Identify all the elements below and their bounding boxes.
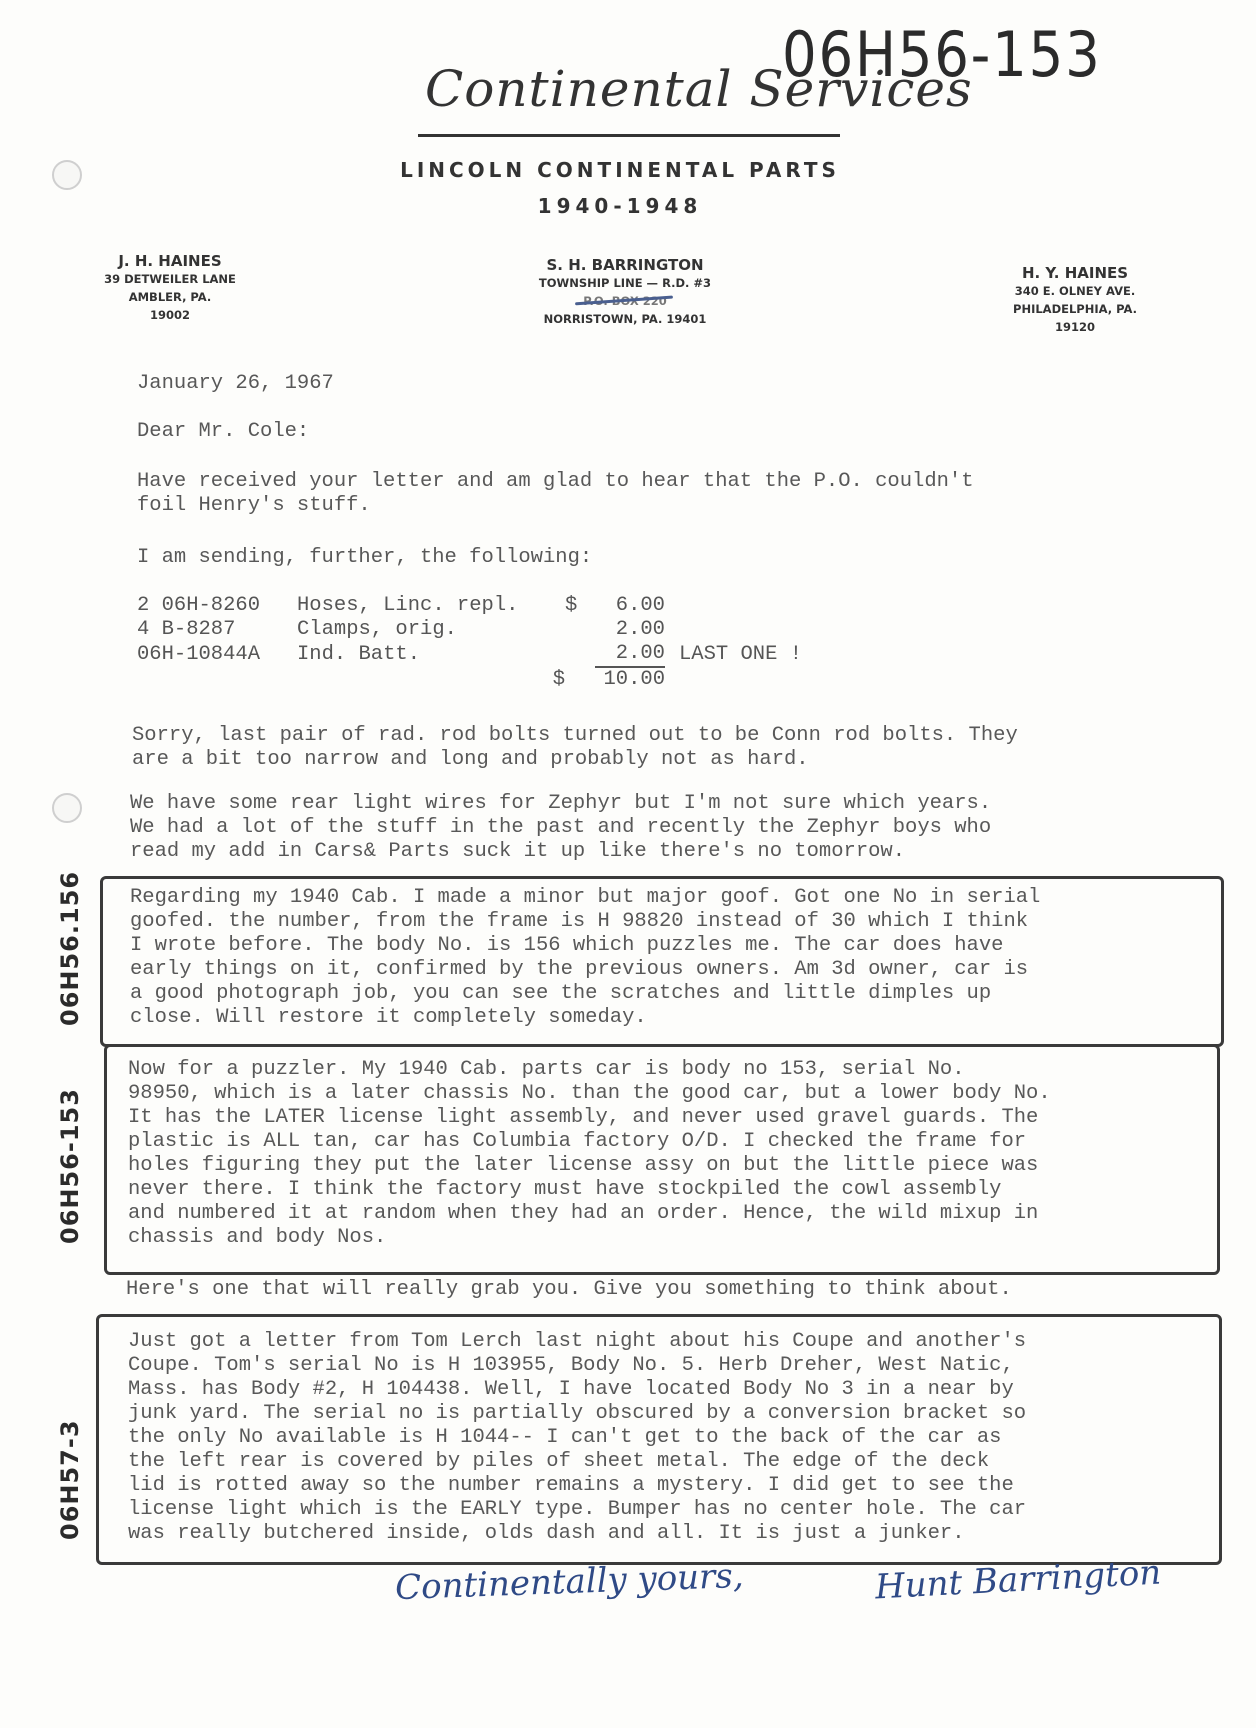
side-label-153: 06H56-153 — [56, 1088, 84, 1244]
table-row: 06H-10844A Ind. Batt. 2.00 LAST ONE ! — [137, 642, 802, 667]
address-name: J. H. HAINES — [80, 252, 260, 270]
paragraph-tom-lerch: Just got a letter from Tom Lerch last ni… — [128, 1330, 1026, 1546]
address-line: NORRISTOWN, PA. 19401 — [500, 310, 750, 328]
address-line: 39 DETWEILER LANE — [80, 270, 260, 288]
file-number: 06H56-153 — [782, 18, 1102, 91]
paragraph-cab-goof: Regarding my 1940 Cab. I made a minor bu… — [130, 886, 1040, 1030]
paragraph-sending: I am sending, further, the following: — [137, 546, 592, 570]
paragraph-zephyr: We have some rear light wires for Zephyr… — [130, 792, 991, 864]
tagline: LINCOLN CONTINENTAL PARTS — [380, 158, 860, 182]
total-amount: 10.00 — [595, 667, 665, 692]
logo-underline — [418, 134, 840, 137]
address-name: S. H. BARRINGTON — [500, 256, 750, 274]
address-line: PHILADELPHIA, PA. — [990, 300, 1160, 318]
address-line: 340 E. OLNEY AVE. — [990, 282, 1160, 300]
address-haines-hy: H. Y. HAINES 340 E. OLNEY AVE. PHILADELP… — [990, 264, 1160, 336]
parts-list: 2 06H-8260 Hoses, Linc. repl. $ 6.00 4 B… — [137, 594, 802, 692]
address-line: 19120 — [990, 318, 1160, 336]
struck-address-line: P.O. BOX 220 — [583, 292, 667, 310]
years: 1940-1948 — [480, 194, 760, 218]
address-barrington: S. H. BARRINGTON TOWNSHIP LINE — R.D. #3… — [500, 256, 750, 328]
address-haines-jh: J. H. HAINES 39 DETWEILER LANE AMBLER, P… — [80, 252, 260, 324]
salutation: Dear Mr. Cole: — [137, 420, 309, 444]
address-line: AMBLER, PA. — [80, 288, 260, 306]
table-row: 4 B-8287 Clamps, orig. 2.00 — [137, 618, 802, 642]
table-row: 2 06H-8260 Hoses, Linc. repl. $ 6.00 — [137, 594, 802, 618]
punch-hole — [52, 793, 82, 823]
paragraph-puzzler: Now for a puzzler. My 1940 Cab. parts ca… — [128, 1058, 1051, 1250]
side-label-156: 06H56.156 — [56, 871, 84, 1026]
address-line: 19002 — [80, 306, 260, 324]
letter-date: January 26, 1967 — [137, 372, 334, 396]
paragraph-rod-bolts: Sorry, last pair of rad. rod bolts turne… — [132, 724, 1018, 772]
side-label-57-3: 06H57-3 — [56, 1419, 84, 1540]
paragraph-grab-you: Here's one that will really grab you. Gi… — [126, 1278, 1012, 1302]
paragraph-received: Have received your letter and am glad to… — [137, 470, 974, 518]
address-name: H. Y. HAINES — [990, 264, 1160, 282]
total-row: $ 10.00 — [137, 667, 802, 692]
punch-hole — [52, 160, 82, 190]
address-line: TOWNSHIP LINE — R.D. #3 — [500, 274, 750, 292]
